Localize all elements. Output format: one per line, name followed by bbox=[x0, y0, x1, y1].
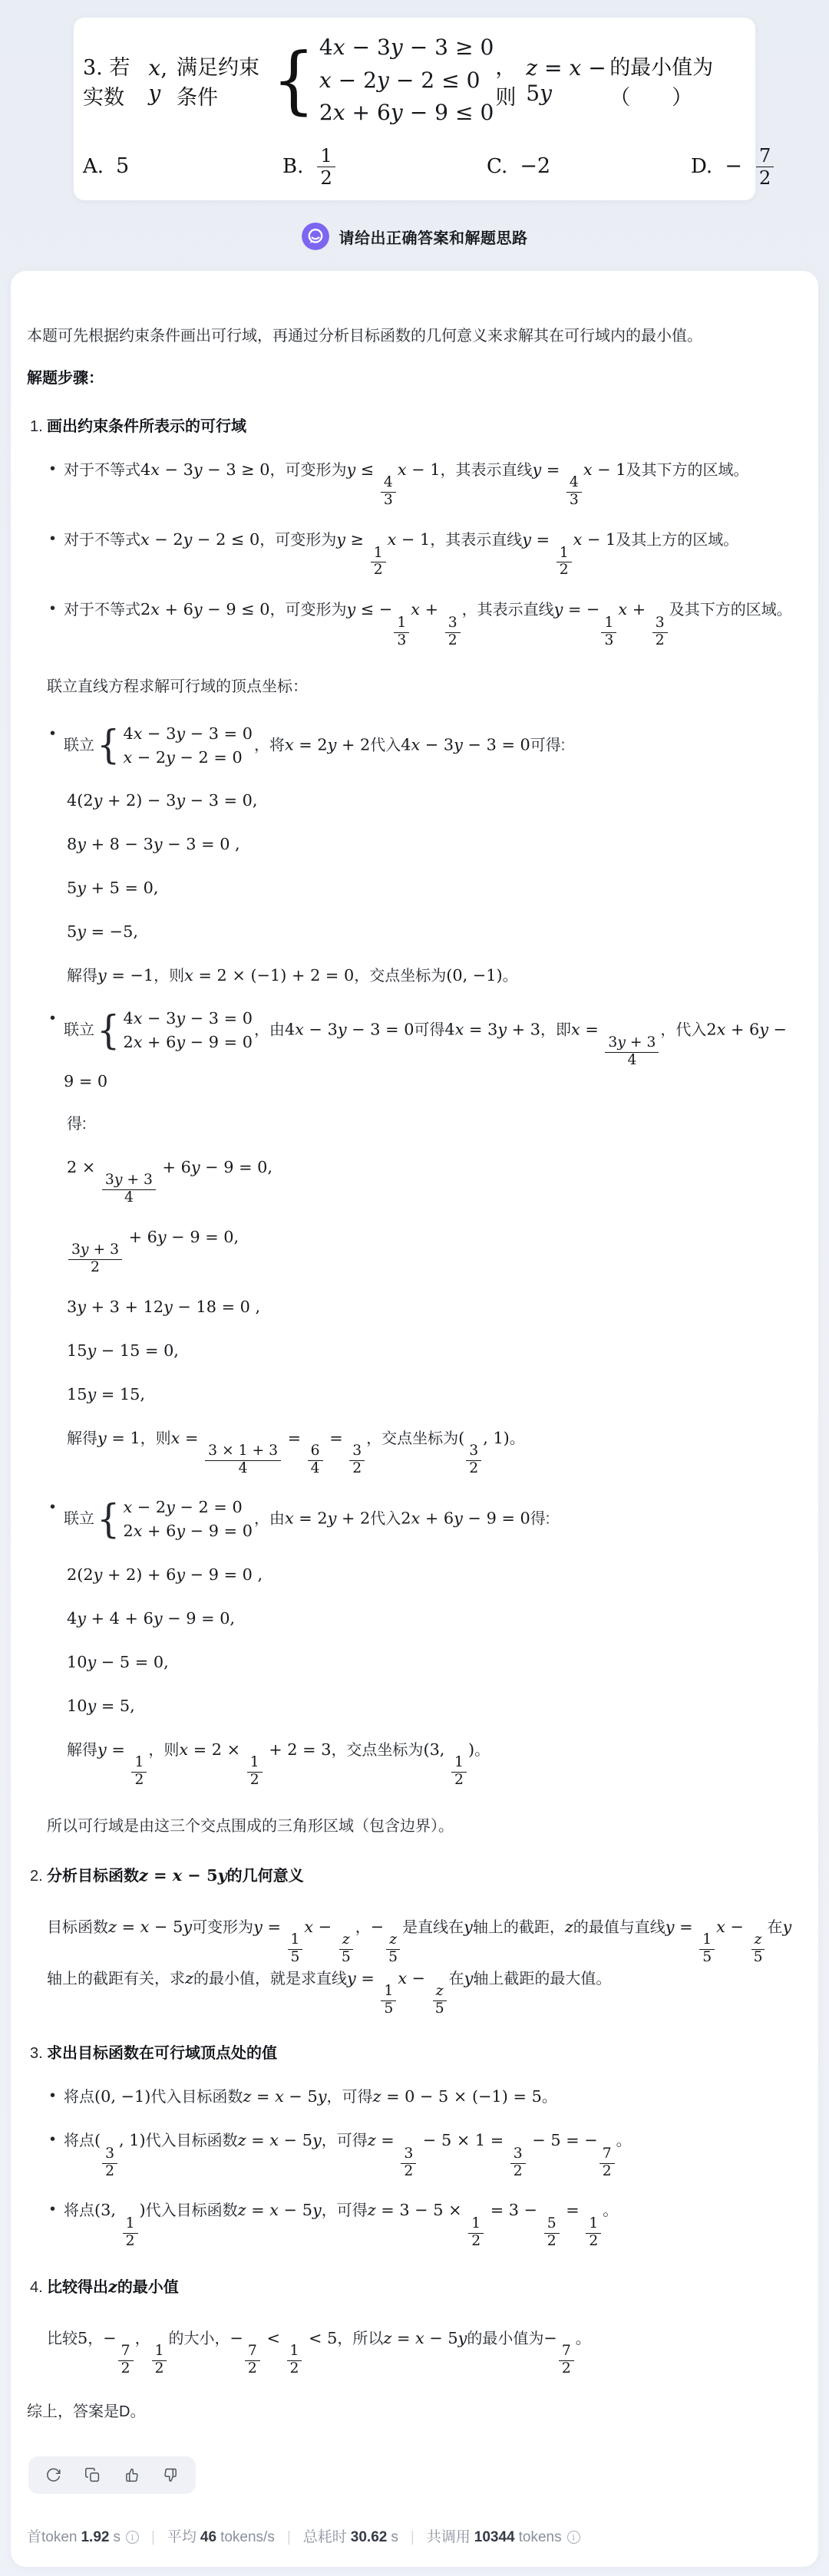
content-block: 对于不等式4x − 3y − 3 ≥ 0，可变形为y ≤ 43x − 1，其表示… bbox=[50, 457, 795, 509]
token-stats-bar: 首token1.92si|平均46tokens/s|总耗时30.62s|共调用1… bbox=[27, 2526, 795, 2548]
content-block: 将点(0, −1)代入目标函数z = x − 5y，可得z = 0 − 5 × … bbox=[50, 2084, 795, 2109]
stat-item: 总耗时30.62s bbox=[303, 2526, 398, 2548]
content-block: 3y + 32 + 6y − 9 = 0, bbox=[67, 1225, 795, 1276]
copy-icon[interactable] bbox=[84, 2467, 101, 2483]
answer-options: A.5B.12C.−2D.−72 bbox=[83, 145, 748, 189]
content-block: 解得y = −1，则x = 2 × (−1) + 2 = 0，交点坐标为(0, … bbox=[67, 963, 795, 988]
regenerate-icon[interactable] bbox=[45, 2467, 61, 2483]
content-block: 5y = −5, bbox=[67, 919, 795, 945]
message-action-bar bbox=[28, 2456, 196, 2494]
content-block: 3y + 3 + 12y − 18 = 0 , bbox=[67, 1295, 795, 1320]
problem-statement: 3. 若实数x, y 满足约束条件{4x − 3y − 3 ≥ 0x − 2y … bbox=[83, 31, 748, 130]
content-block: 比较5，−72，12的大小，−72 < 12 < 5，所以z = x − 5y的… bbox=[47, 2326, 795, 2377]
content-block: 解题步骤： bbox=[27, 367, 795, 391]
content-block: 解得y = 12，则x = 2 × 12 + 2 = 3，交点坐标为(3, 12… bbox=[67, 1737, 795, 1789]
content-block: 对于不等式x − 2y − 2 ≤ 0，可变形为y ≥ 12x − 1，其表示直… bbox=[50, 527, 795, 579]
user-message-text: 请给出正确答案和解题思路 bbox=[339, 226, 528, 248]
stat-separator: | bbox=[150, 2526, 157, 2548]
content-block: 10y = 5, bbox=[67, 1694, 795, 1719]
option-c: C.−2 bbox=[487, 154, 691, 178]
assistant-response-card: 本题可先根据约束条件画出可行域，再通过分析目标函数的几何意义来求解其在可行域内的… bbox=[11, 271, 818, 2567]
problem-card: 3. 若实数x, y 满足约束条件{4x − 3y − 3 ≥ 0x − 2y … bbox=[74, 18, 755, 200]
content-block: 2 × 3y + 34 + 6y − 9 = 0, bbox=[67, 1155, 795, 1206]
user-message: 请给出正确答案和解题思路 bbox=[0, 223, 829, 250]
content-block: 本题可先根据约束条件画出可行域，再通过分析目标函数的几何意义来求解其在可行域内的… bbox=[27, 325, 795, 348]
page-background: 3. 若实数x, y 满足约束条件{4x − 3y − 3 ≥ 0x − 2y … bbox=[0, 18, 829, 2567]
content-block: 联立{4x − 3y − 3 = 0x − 2y − 2 = 0，将x = 2y… bbox=[50, 722, 795, 770]
content-block: 联立直线方程求解可行域的顶点坐标： bbox=[47, 675, 795, 699]
content-block: 2.分析目标函数z = x − 5y的几何意义 bbox=[30, 1863, 795, 1888]
thumbs-down-icon[interactable] bbox=[163, 2467, 179, 2483]
content-block: 15y − 15 = 0, bbox=[67, 1338, 795, 1364]
assistant-answer-content: 本题可先根据约束条件画出可行域，再通过分析目标函数的几何意义来求解其在可行域内的… bbox=[27, 325, 795, 2424]
stat-separator: | bbox=[409, 2526, 416, 2548]
user-avatar-icon bbox=[302, 223, 329, 250]
stat-item: 共调用10344tokensi bbox=[427, 2526, 580, 2548]
content-block: 5y + 5 = 0, bbox=[67, 876, 795, 901]
stat-item: 平均46tokens/s bbox=[167, 2526, 275, 2548]
content-block: 联立{x − 2y − 2 = 02x + 6y − 9 = 0，由x = 2y… bbox=[50, 1496, 795, 1543]
content-block: 4.比较得出z的最小值 bbox=[30, 2274, 795, 2300]
thumbs-up-icon[interactable] bbox=[124, 2467, 140, 2483]
content-block: 对于不等式2x + 6y − 9 ≤ 0，可变形为y ≤ −13x + 32，其… bbox=[50, 597, 795, 648]
content-block: 得: bbox=[67, 1113, 795, 1136]
content-block: 3.求出目标函数在可行域顶点处的值 bbox=[30, 2042, 795, 2066]
content-block: 将点(32, 1)代入目标函数z = x − 5y，可得z = 32 − 5 ×… bbox=[50, 2128, 795, 2179]
stat-separator: | bbox=[286, 2526, 292, 2548]
option-b: B.12 bbox=[282, 145, 487, 189]
content-block: 15y = 15, bbox=[67, 1382, 795, 1407]
content-block: 8y + 8 − 3y − 3 = 0 , bbox=[67, 832, 795, 857]
content-block: 将点(3, 12)代入目标函数z = x − 5y，可得z = 3 − 5 × … bbox=[50, 2198, 795, 2249]
content-block: 2(2y + 2) + 6y − 9 = 0 , bbox=[67, 1562, 795, 1588]
content-block: 解得y = 1，则x = 3 × 1 + 34 = 64 = 32，交点坐标为(… bbox=[67, 1426, 795, 1477]
info-icon[interactable]: i bbox=[567, 2531, 580, 2544]
content-block: 目标函数z = x − 5y可变形为y = 15x − z5，−z5是直线在y轴… bbox=[47, 1915, 795, 2017]
content-block: 所以可行域是由这三个交点围成的三角形区域（包含边界）。 bbox=[47, 1815, 795, 1839]
content-block: 4(2y + 2) − 3y − 3 = 0, bbox=[67, 788, 795, 813]
content-block: 1.画出约束条件所表示的可行域 bbox=[30, 415, 795, 439]
content-block: 综上，答案是D。 bbox=[27, 2400, 795, 2424]
info-icon[interactable]: i bbox=[126, 2531, 139, 2544]
content-block: 4y + 4 + 6y − 9 = 0, bbox=[67, 1606, 795, 1631]
content-block: 10y − 5 = 0, bbox=[67, 1650, 795, 1675]
option-a: A.5 bbox=[83, 154, 282, 178]
stat-item: 首token1.92si bbox=[27, 2526, 139, 2548]
option-d: D.−72 bbox=[691, 145, 775, 189]
content-block: 联立{4x − 3y − 3 = 02x + 6y − 9 = 0，由4x − … bbox=[50, 1007, 795, 1094]
